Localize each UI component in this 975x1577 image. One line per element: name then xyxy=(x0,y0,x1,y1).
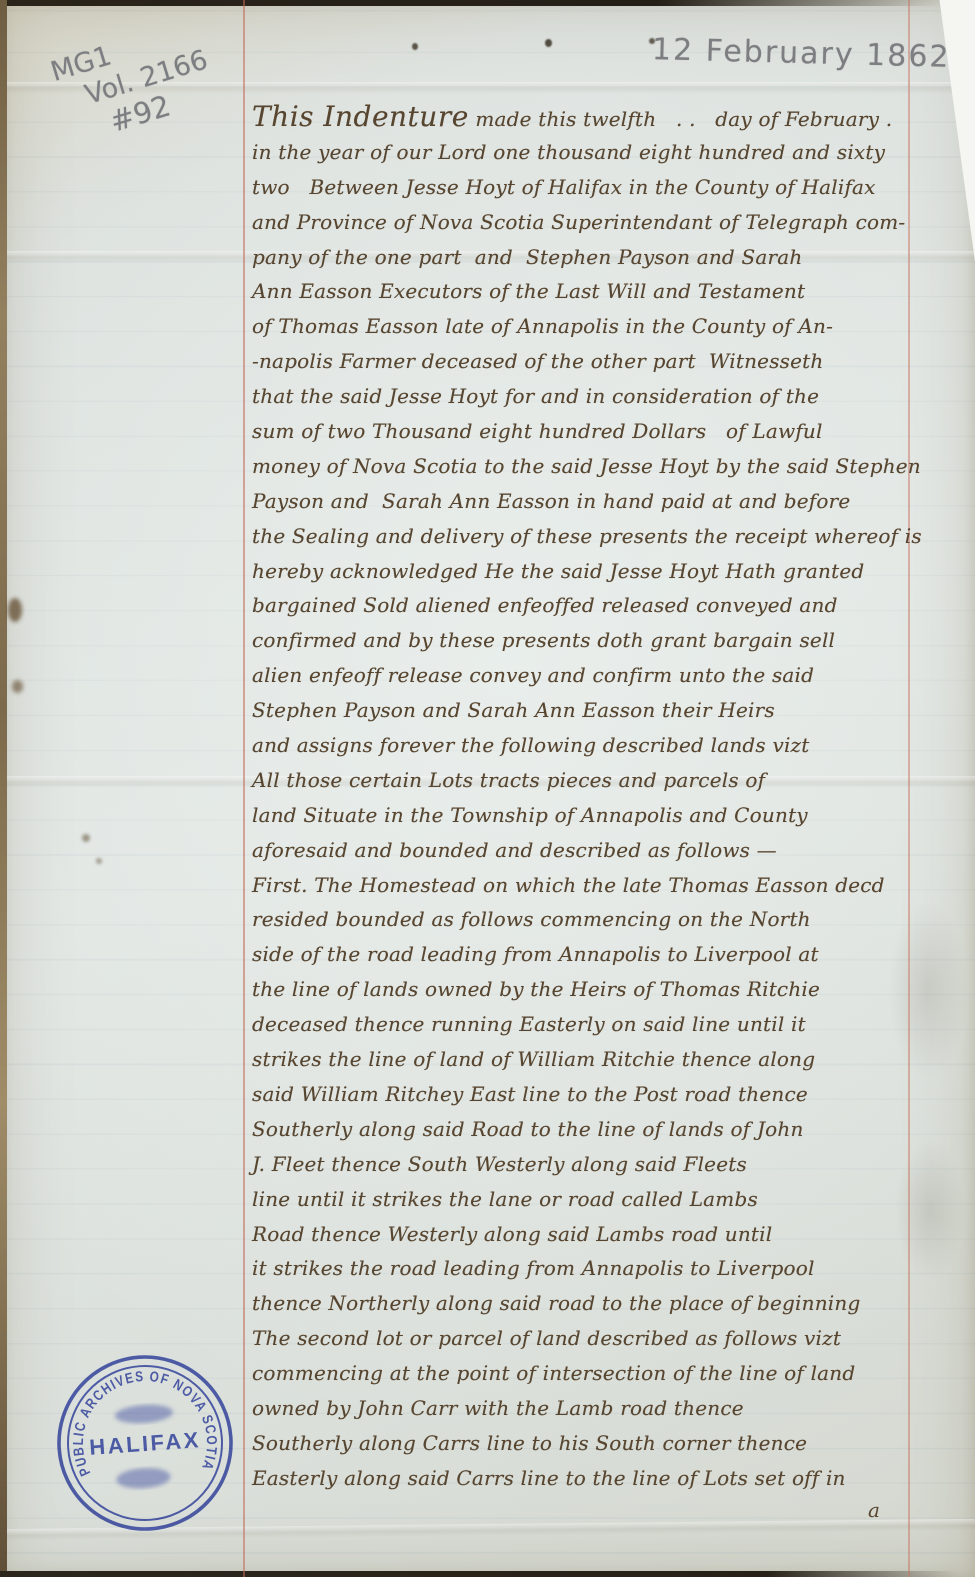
manuscript-line: Ann Easson Executors of the Last Will an… xyxy=(252,274,912,309)
manuscript-line: of Thomas Easson late of Annapolis in th… xyxy=(252,309,912,344)
manuscript-line: commencing at the point of intersection … xyxy=(252,1356,912,1391)
manuscript-line: All those certain Lots tracts pieces and… xyxy=(252,763,912,798)
archive-stamp: PUBLIC ARCHIVES OF NOVA SCOTIA HALIFAX xyxy=(44,1342,247,1545)
svg-text:PUBLIC ARCHIVES OF NOVA SCOTIA: PUBLIC ARCHIVES OF NOVA SCOTIA xyxy=(66,1364,221,1482)
manuscript-line: aforesaid and bounded and described as f… xyxy=(252,833,912,868)
manuscript-line: bargained Sold aliened enfeoffed release… xyxy=(252,588,912,623)
manuscript-line: pany of the one part and Stephen Payson … xyxy=(252,240,912,275)
manuscript-line: said William Ritchey East line to the Po… xyxy=(252,1077,912,1112)
manuscript-line: owned by John Carr with the Lamb road th… xyxy=(252,1391,912,1426)
manuscript-line: Southerly along said Road to the line of… xyxy=(252,1112,912,1147)
manuscript-line: it strikes the road leading from Annapol… xyxy=(252,1251,912,1286)
manuscript-line: Stephen Payson and Sarah Ann Easson thei… xyxy=(252,693,912,728)
manuscript-line: alien enfeoff release convey and confirm… xyxy=(252,658,912,693)
stamp-center-text: HALIFAX xyxy=(88,1427,201,1460)
manuscript: This Indenture made this twelfth . . day… xyxy=(252,100,912,1496)
catchword: a xyxy=(868,1498,880,1522)
manuscript-line: confirmed and by these presents doth gra… xyxy=(252,623,912,658)
manuscript-line: the Sealing and delivery of these presen… xyxy=(252,519,912,554)
manuscript-line: money of Nova Scotia to the said Jesse H… xyxy=(252,449,912,484)
manuscript-line: strikes the line of land of William Ritc… xyxy=(252,1042,912,1077)
manuscript-line: the line of lands owned by the Heirs of … xyxy=(252,972,912,1007)
manuscript-line: two Between Jesse Hoyt of Halifax in the… xyxy=(252,170,912,205)
manuscript-line: line until it strikes the lane or road c… xyxy=(252,1182,912,1217)
manuscript-line: that the said Jesse Hoyt for and in cons… xyxy=(252,379,912,414)
manuscript-line: side of the road leading from Annapolis … xyxy=(252,937,912,972)
manuscript-line: and assigns forever the following descri… xyxy=(252,728,912,763)
ink-smudge xyxy=(116,1466,171,1490)
stamp-ring-text: PUBLIC ARCHIVES OF NOVA SCOTIA xyxy=(66,1364,221,1482)
manuscript-line: land Situate in the Township of Annapoli… xyxy=(252,798,912,833)
manuscript-line: sum of two Thousand eight hundred Dollar… xyxy=(252,414,912,449)
manuscript-line: and Province of Nova Scotia Superintenda… xyxy=(252,205,912,240)
manuscript-line: This Indenture made this twelfth . . day… xyxy=(252,100,912,135)
manuscript-line: in the year of our Lord one thousand eig… xyxy=(252,135,912,170)
ink-smudge xyxy=(114,1403,173,1425)
document-page: MG1 Vol. 2166 #92 12 February 1862 This … xyxy=(0,0,975,1577)
manuscript-line: Payson and Sarah Ann Easson in hand paid… xyxy=(252,484,912,519)
manuscript-line: J. Fleet thence South Westerly along sai… xyxy=(252,1147,912,1182)
manuscript-line: thence Northerly along said road to the … xyxy=(252,1286,912,1321)
manuscript-line: deceased thence running Easterly on said… xyxy=(252,1007,912,1042)
manuscript-line: Southerly along Carrs line to his South … xyxy=(252,1426,912,1461)
opening-phrase: This Indenture xyxy=(252,100,469,133)
manuscript-line: -napolis Farmer deceased of the other pa… xyxy=(252,344,912,379)
manuscript-line: resided bounded as follows commencing on… xyxy=(252,902,912,937)
manuscript-line: Road thence Westerly along said Lambs ro… xyxy=(252,1217,912,1252)
manuscript-line: Easterly along said Carrs line to the li… xyxy=(252,1461,912,1496)
manuscript-line: The second lot or parcel of land describ… xyxy=(252,1321,912,1356)
manuscript-line: hereby acknowledged He the said Jesse Ho… xyxy=(252,554,912,589)
manuscript-line: First. The Homestead on which the late T… xyxy=(252,868,912,903)
